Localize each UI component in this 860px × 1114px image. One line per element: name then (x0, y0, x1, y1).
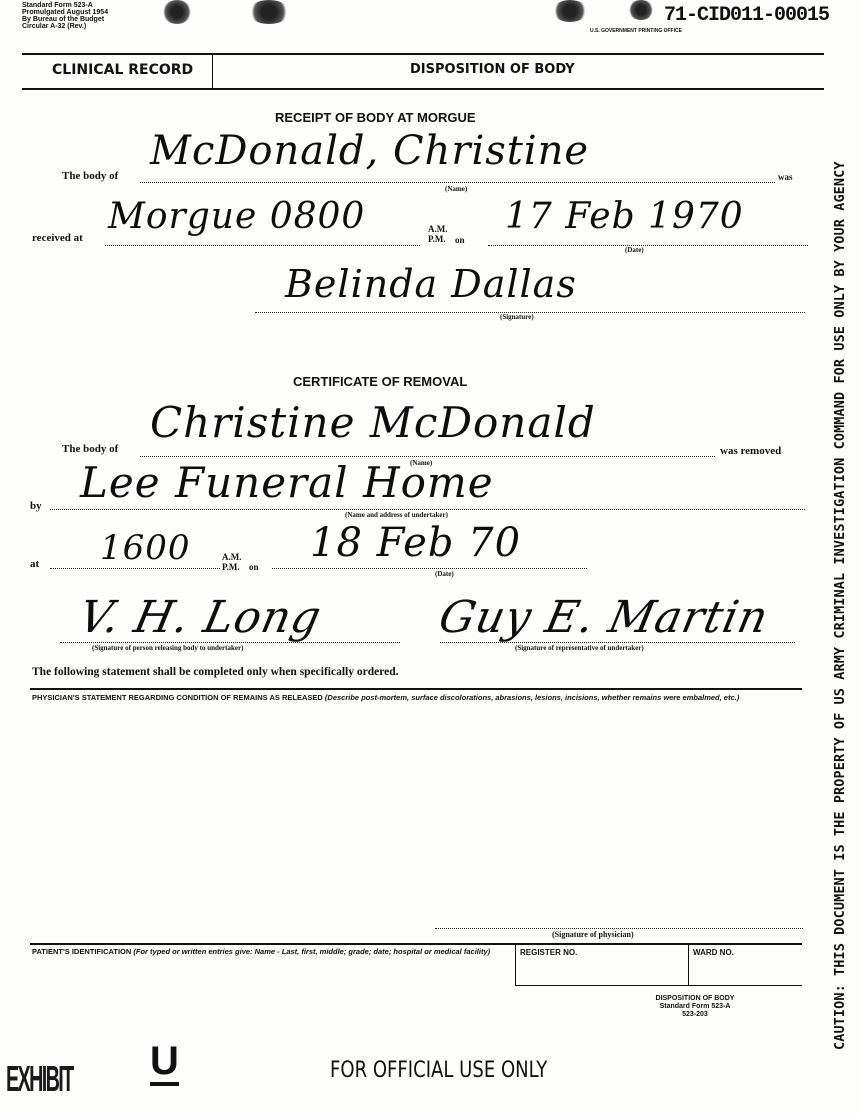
receipt-date-line (488, 245, 808, 246)
receipt-signature-caption: (Signature) (500, 313, 534, 321)
standard-form-line: Standard Form 523-A (22, 2, 162, 9)
physician-signature-line (435, 928, 803, 929)
receipt-heading: RECEIPT OF BODY AT MORGUE (275, 110, 476, 125)
physician-top-rule (30, 688, 802, 690)
removal-name-field[interactable]: Christine McDonald (150, 398, 596, 447)
undertaker-rep-signature-field[interactable]: Guy E. Martin (435, 592, 774, 643)
received-at-line (105, 245, 420, 246)
received-at-field[interactable]: Morgue 0800 (108, 196, 365, 237)
register-divider (515, 944, 516, 986)
standard-form-line: By Bureau of the Budget (22, 16, 162, 23)
classification-stamp: U (150, 1040, 179, 1086)
undertaker-line (50, 509, 805, 510)
was-removed-label: was removed (720, 445, 781, 457)
printing-office-note: U.S. GOVERNMENT PRINTING OFFICE (590, 28, 682, 34)
caution-margin-text: CAUTION: THIS DOCUMENT IS THE PROPERTY O… (832, 10, 848, 1050)
removal-date-line (272, 568, 587, 569)
receipt-body-of-label: The body of (62, 170, 118, 182)
receipt-was-label: was (778, 172, 793, 182)
punch-hole-mark (162, 0, 192, 24)
receipt-on-label: on (455, 235, 465, 245)
undertaker-field[interactable]: Lee Funeral Home (80, 458, 494, 507)
removal-time-field[interactable]: 1600 (100, 528, 191, 568)
form-footer-line: 523-203 (625, 1011, 765, 1019)
releaser-signature-field[interactable]: V. H. Long (75, 592, 326, 643)
standard-form-block: Standard Form 523-A Promulgated August 1… (22, 2, 162, 30)
standard-form-line: Promulgated August 1954 (22, 9, 162, 16)
punch-hole-mark (552, 0, 588, 22)
receipt-name-caption: (Name) (445, 185, 467, 193)
document-id: 71-CID011-00015 (664, 4, 829, 27)
releaser-signature-caption: (Signature of person releasing body to u… (92, 644, 243, 652)
removal-date-field[interactable]: 18 Feb 70 (310, 520, 521, 566)
patient-id-instructions: (For typed or written entries give: Name… (133, 947, 490, 956)
standard-form-line: Circular A-32 (Rev.) (22, 23, 162, 30)
removal-at-label: at (30, 558, 39, 570)
receipt-date-caption: (Date) (625, 246, 644, 254)
removal-body-of-label: The body of (62, 443, 118, 455)
title-bar-top-rule (22, 53, 824, 55)
official-use-stamp: FOR OFFICIAL USE ONLY (330, 1058, 547, 1083)
receipt-signature-field[interactable]: Belinda Dallas (285, 262, 577, 306)
received-at-label: received at (32, 232, 83, 244)
receipt-name-line (140, 182, 775, 183)
physician-signature-caption: (Signature of physician) (552, 930, 634, 939)
register-bottom-rule (515, 985, 802, 986)
physician-heading-block: PHYSICIAN'S STATEMENT REGARDING CONDITIO… (32, 693, 802, 702)
undertaker-rep-signature-caption: (Signature of representative of undertak… (515, 644, 644, 652)
form-title: DISPOSITION OF BODY (410, 62, 575, 77)
form-footer-block: DISPOSITION OF BODY Standard Form 523-A … (625, 995, 765, 1019)
form-footer-line: DISPOSITION OF BODY (625, 995, 765, 1003)
removal-am-pm: A.M.P.M. (222, 552, 242, 572)
title-bar-divider (212, 55, 213, 88)
title-bar-bottom-rule (22, 88, 824, 90)
patient-id-top-rule (30, 943, 802, 945)
receipt-am-pm: A.M.P.M. (428, 224, 448, 244)
patient-id-block: PATIENT'S IDENTIFICATION (For typed or w… (32, 947, 502, 956)
ward-label: WARD NO. (693, 948, 734, 957)
removal-time-line (50, 568, 220, 569)
physician-heading: PHYSICIAN'S STATEMENT REGARDING CONDITIO… (32, 693, 323, 702)
removal-on-label: on (249, 562, 259, 572)
punch-hole-mark (628, 0, 654, 20)
exhibit-stamp: EXHIBIT (6, 1058, 73, 1100)
form-footer-line: Standard Form 523-A (625, 1003, 765, 1011)
punch-hole-mark (248, 0, 290, 24)
receipt-date-field[interactable]: 17 Feb 1970 (505, 196, 744, 237)
patient-id-label: PATIENT'S IDENTIFICATION (32, 947, 131, 956)
ward-divider (688, 944, 689, 986)
removal-name-line (140, 456, 715, 457)
physician-instructions: (Describe post-mortem, surface discolora… (325, 693, 739, 702)
undertaker-caption: (Name and address of undertaker) (345, 511, 448, 519)
removal-by-label: by (30, 500, 42, 512)
clinical-record-label: CLINICAL RECORD (52, 62, 193, 78)
removal-heading: CERTIFICATE OF REMOVAL (293, 374, 467, 389)
register-label: REGISTER NO. (520, 948, 577, 957)
physician-statement-area[interactable] (32, 715, 802, 925)
removal-date-caption: (Date) (435, 570, 454, 578)
receipt-name-field[interactable]: McDonald, Christine (150, 128, 589, 174)
statement-note: The following statement shall be complet… (32, 666, 399, 678)
